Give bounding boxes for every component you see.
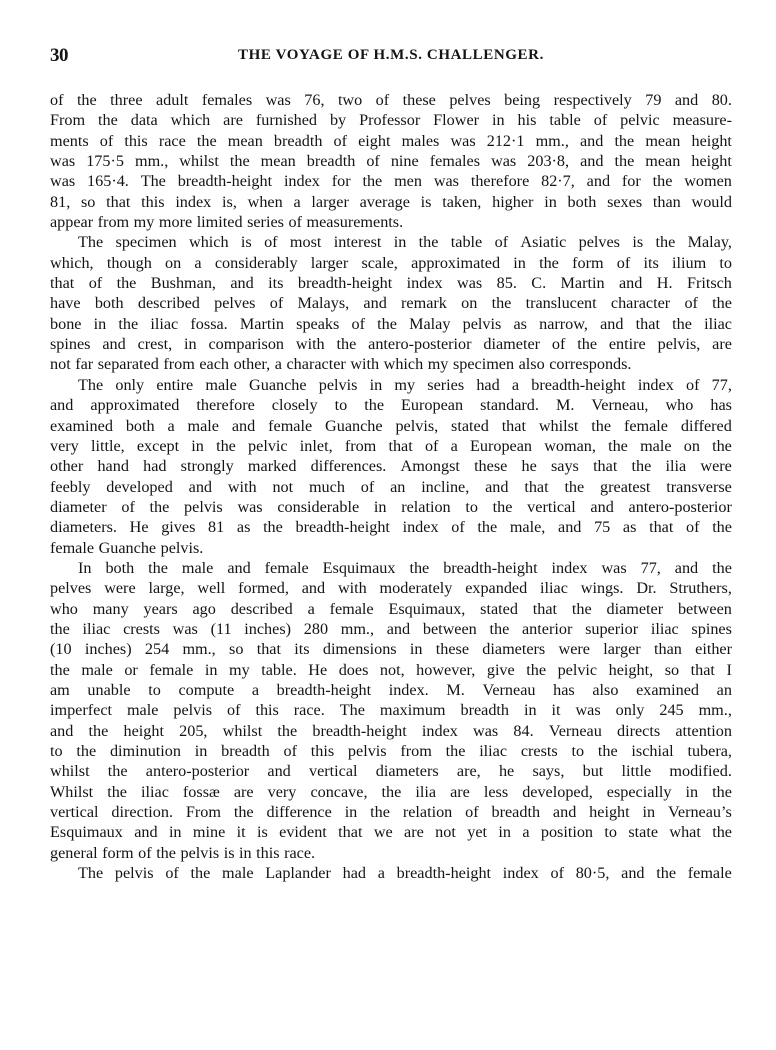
- text-line: mentsofthisracethemeanbreadthofeightmale…: [50, 131, 732, 151]
- text-line: Whilsttheiliacfossæareveryconcave,theili…: [50, 782, 732, 802]
- paragraph: ThepelvisofthemaleLaplanderhadabreadth-h…: [50, 863, 732, 883]
- paragraph: Thespecimenwhichisofmostinterestinthetab…: [50, 232, 732, 374]
- text-line: verticaldirection.Fromthedifferenceinthe…: [50, 802, 732, 822]
- text-line: FromthedatawhicharefurnishedbyProfessorF…: [50, 110, 732, 130]
- body-text: ofthethreeadultfemaleswas76,twoofthesepe…: [50, 90, 732, 883]
- text-line: andtheheight205,whilstthebreadth-heighti…: [50, 721, 732, 741]
- text-line: feeblydevelopedandwithnotmuchofanincline…: [50, 477, 732, 497]
- text-line: notfarseparatedfromeachother,acharacterw…: [50, 354, 732, 374]
- paragraph: ofthethreeadultfemaleswas76,twoofthesepe…: [50, 90, 732, 232]
- text-line: generalformofthepelvisisinthisrace.: [50, 843, 732, 863]
- running-head: THE VOYAGE OF H.M.S. CHALLENGER.: [50, 47, 732, 64]
- text-line: examinedbothamaleandfemaleGuanchepelvis,…: [50, 416, 732, 436]
- text-line: imperfectmalepelvisofthisrace.Themaximum…: [50, 700, 732, 720]
- text-line: was165·4.Thebreadth-heightindexforthemen…: [50, 171, 732, 191]
- text-line: Esquimauxandinmineitisevidentthatweareno…: [50, 822, 732, 842]
- text-line: femaleGuanchepelvis.: [50, 538, 732, 558]
- paragraph: InboththemaleandfemaleEsquimauxthebreadt…: [50, 558, 732, 863]
- text-line: pelveswerelarge,wellformed,andwithmodera…: [50, 578, 732, 598]
- text-line: otherhandhadstronglymarkeddifferences.Am…: [50, 456, 732, 476]
- text-line: was175·5mm.,whilstthemeanbreadthofninefe…: [50, 151, 732, 171]
- text-line: 81,sothatthisindexis,whenalargeraveragei…: [50, 192, 732, 212]
- text-line: ThepelvisofthemaleLaplanderhadabreadth-h…: [50, 863, 732, 883]
- text-line: verylittle,exceptinthepelvicinlet,fromth…: [50, 436, 732, 456]
- text-line: tothediminutioninbreadthofthispelvisfrom…: [50, 741, 732, 761]
- text-line: diameterofthepelviswasconsiderableinrela…: [50, 497, 732, 517]
- text-line: themaleorfemaleinmytable.Hedoesnot,howev…: [50, 660, 732, 680]
- text-line: Thespecimenwhichisofmostinterestinthetab…: [50, 232, 732, 252]
- text-line: havebothdescribedpelvesofMalays,andremar…: [50, 293, 732, 313]
- text-line: whomanyyearsagodescribedafemaleEsquimaux…: [50, 599, 732, 619]
- text-line: (10inches)254mm.,sothatitsdimensionsinth…: [50, 639, 732, 659]
- page-header: 30 THE VOYAGE OF H.M.S. CHALLENGER.: [50, 45, 732, 67]
- paragraph: TheonlyentiremaleGuanchepelvisinmyseries…: [50, 375, 732, 558]
- text-line: InboththemaleandfemaleEsquimauxthebreadt…: [50, 558, 732, 578]
- text-line: andapproximatedthereforecloselytotheEuro…: [50, 395, 732, 415]
- text-line: ofthethreeadultfemaleswas76,twoofthesepe…: [50, 90, 732, 110]
- text-line: whilsttheantero-posteriorandverticaldiam…: [50, 761, 732, 781]
- text-line: boneintheiliacfossa.MartinspeaksoftheMal…: [50, 314, 732, 334]
- text-line: amunabletocomputeabreadth-heightindex.M.…: [50, 680, 732, 700]
- text-line: TheonlyentiremaleGuanchepelvisinmyseries…: [50, 375, 732, 395]
- text-line: spinesandcrest,incomparisonwiththeantero…: [50, 334, 732, 354]
- text-line: appearfrommymorelimitedseriesofmeasureme…: [50, 212, 732, 232]
- text-line: diameters.Hegives81asthebreadth-heightin…: [50, 517, 732, 537]
- text-line: thatoftheBushman,anditsbreadth-heightind…: [50, 273, 732, 293]
- text-line: theiliaccrestswas(11inches)280mm.,andbet…: [50, 619, 732, 639]
- text-line: which,thoughonaconsiderablylargerscale,a…: [50, 253, 732, 273]
